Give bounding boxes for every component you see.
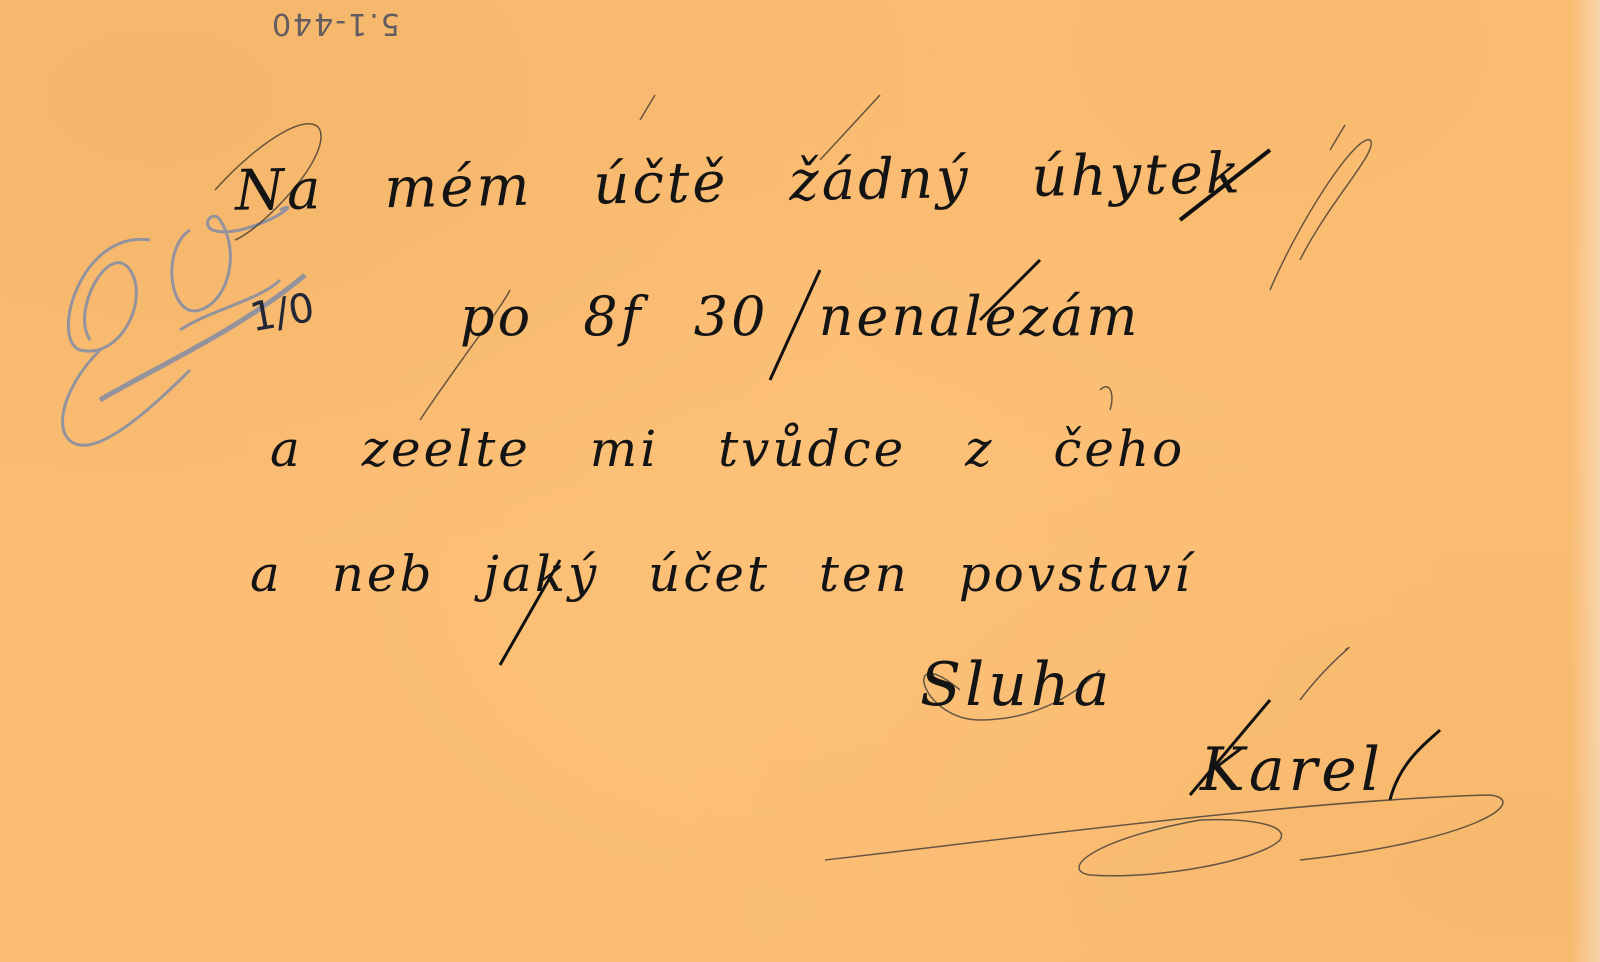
- letter-line-4: a neb jaký účet ten povstaví: [250, 545, 1193, 603]
- flourish-strokes: [0, 0, 1600, 962]
- card-edge: [1570, 0, 1600, 962]
- postcard: 5.1-440 1/0: [0, 0, 1600, 962]
- closing-salutation: Sluha: [920, 650, 1113, 720]
- letter-line-1: Na mém účtě žádný úhytek: [235, 141, 1244, 224]
- archive-number: 5.1-440: [270, 6, 400, 41]
- letter-line-2: po 8f 30 nenalezám: [460, 285, 1140, 348]
- letter-line-3: a zeelte mi tvůdce z čeho: [270, 420, 1185, 478]
- signature: Karel: [1200, 735, 1384, 805]
